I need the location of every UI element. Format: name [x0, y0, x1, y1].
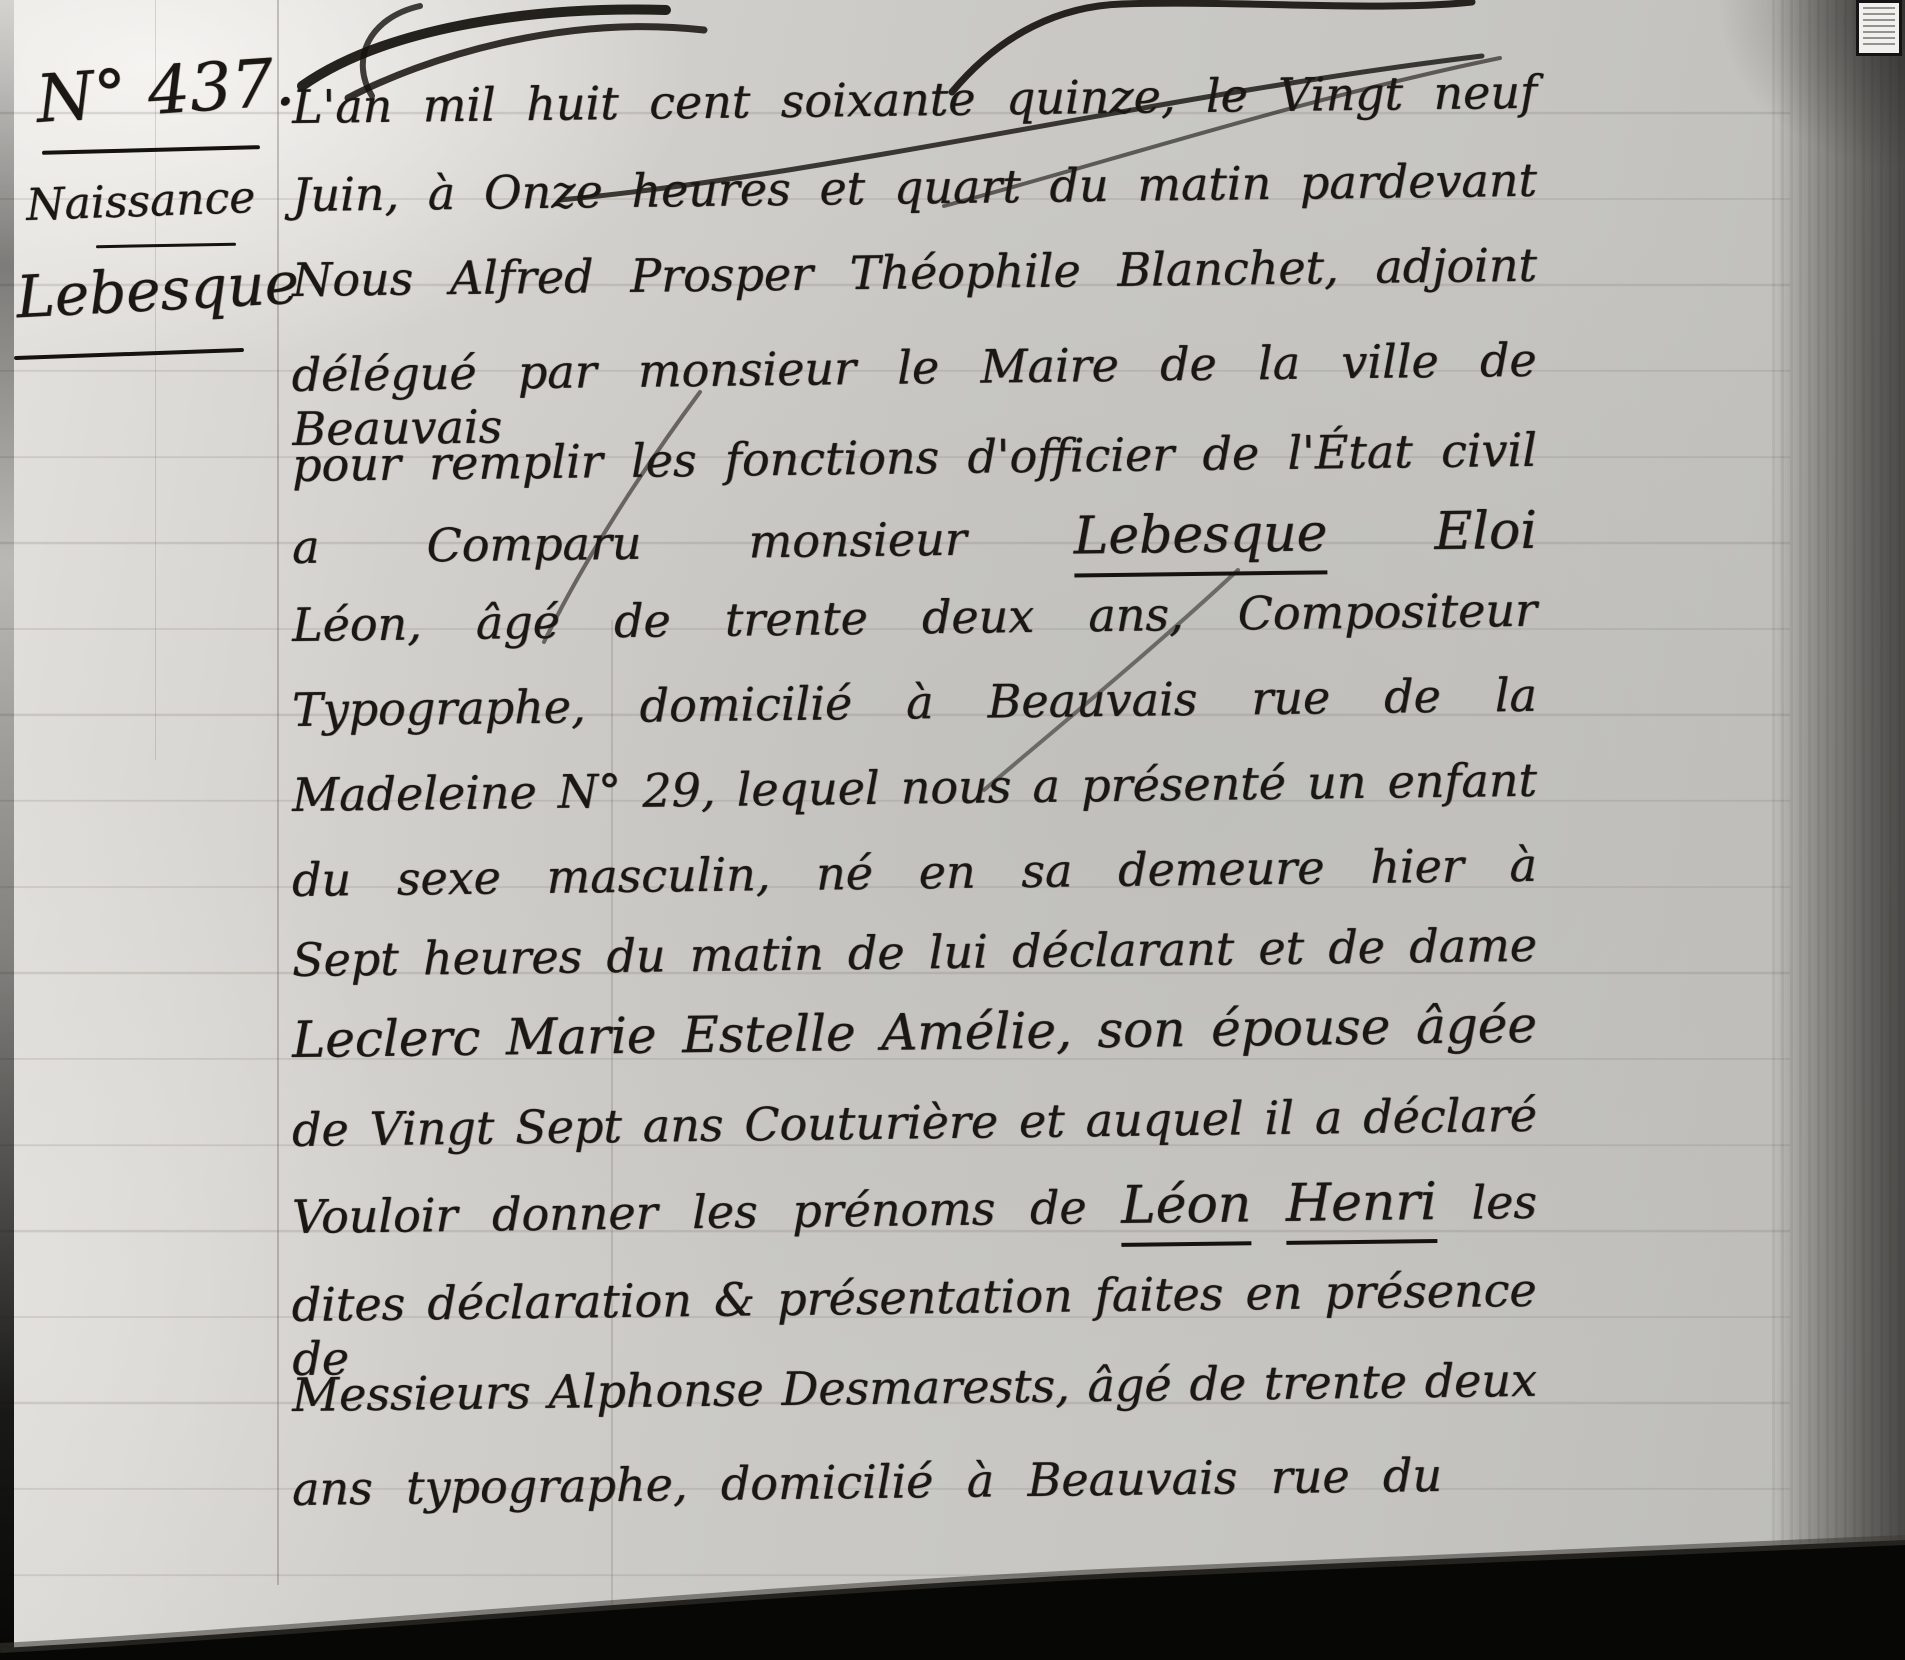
scan-thumbnail-artifact: [1856, 0, 1902, 56]
page-bottom-edge: [0, 0, 1905, 1660]
thumbnail-text-lines: [1863, 7, 1895, 49]
civil-registry-scan-page: N° 437. Naissance Lebesque L'an mil huit…: [0, 0, 1905, 1660]
